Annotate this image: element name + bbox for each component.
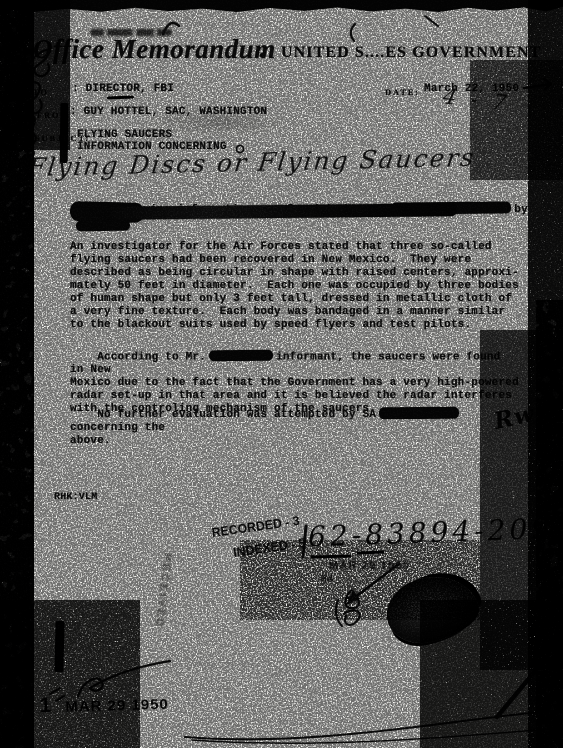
margin-scrawl: [18, 114, 36, 145]
pen-paren: [351, 24, 355, 41]
pen-tick: [425, 16, 438, 26]
noise-left-chunks: [0, 0, 34, 748]
noise-right-band: [528, 0, 563, 748]
scan-edge-bar: [0, 0, 563, 13]
noise-left-band: [0, 0, 34, 748]
redaction-box: [76, 220, 130, 232]
p2-before: According to Mr.: [97, 351, 206, 363]
bottom-stamp-date: MAR 29 1950: [65, 696, 169, 716]
scan-sweep-line: [192, 728, 562, 743]
pen-underline: [357, 551, 384, 555]
paragraph-1: An investigator for the Air Forces state…: [70, 241, 520, 332]
date-received-stamp: MAR 29 1950: [329, 560, 410, 572]
pen-underline: [311, 555, 351, 559]
stamp-code: 84: [321, 573, 333, 585]
ink-bar-artifact: [54, 621, 64, 672]
received-stamp-rotated: RECEIVED: [151, 541, 175, 642]
scan-diagonal-artifact: [497, 652, 551, 717]
typist-initials: RHK:VLM: [54, 491, 97, 504]
memo-title: Office Memorandum: [33, 35, 276, 65]
corner-artifact: [543, 626, 563, 658]
pen-dash: [107, 96, 134, 100]
indexed-stamp: INDEXED - 5: [232, 535, 306, 560]
ink-blot-redaction: [380, 567, 484, 650]
to-value: : DIRECTOR, FBI: [72, 83, 174, 96]
to-label: TO: [33, 87, 49, 97]
masthead-bullet: •: [259, 46, 265, 66]
recorded-stamp: RECORDED - 3: [211, 513, 301, 540]
p3-before: No further evaluation was attempted by S…: [97, 409, 376, 421]
signature-scribble: [336, 590, 360, 626]
intro-after: by: [514, 204, 528, 216]
masthead-org: UNITED S....ES GOVERNMENT: [281, 44, 541, 62]
bottom-stamp-number: 5 1: [8, 694, 59, 719]
pen-arrow: [524, 79, 551, 89]
file-number-handwritten: 62-83894-209: [307, 512, 553, 554]
p3-after: concerning the above.: [70, 422, 165, 447]
annotation-arrowhead: [346, 590, 360, 605]
scanned-memo-page: Office Memorandum • UNITED S....ES GOVER…: [0, 0, 563, 748]
redaction-box: [209, 350, 273, 362]
scan-sweep-line: [185, 710, 562, 739]
noise-bottom-left: [0, 600, 140, 748]
redaction-box: [379, 407, 459, 420]
paragraph-3: No further evaluation was attempted by S…: [70, 395, 520, 461]
bottom-date-stamp: 5 1 MAR 29 1950: [8, 691, 169, 719]
date-label: DATE:: [385, 87, 420, 97]
